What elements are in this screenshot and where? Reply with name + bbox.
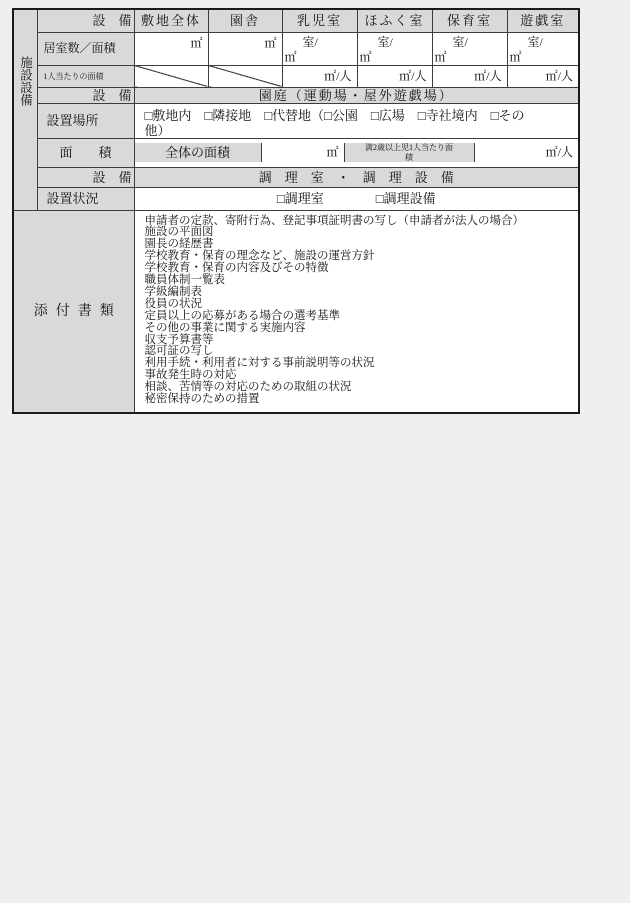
garden-equipment-label: 設 備 xyxy=(37,87,134,103)
per-capita-row: 1人当たりの面積 ㎡/人 ㎡/人 ㎡/人 ㎡/人 xyxy=(13,65,579,87)
header-site-total: 敷地全体 xyxy=(134,9,208,32)
garden-area-cells: 全体の面積 ㎡ 満2歳以上児1人当たり面 積 ㎡/人 xyxy=(134,138,579,167)
per-child-area-field: ㎡/人 xyxy=(475,143,579,162)
kitchen-title: 調 理 室 ・ 調 理 設 備 xyxy=(134,167,579,187)
application-form-sheet: 施設設備 設 備 敷地全体 園舎 乳児室 ほふく室 保育室 遊戯室 居室数／面積… xyxy=(12,8,580,414)
header-crawling-room: ほふく室 xyxy=(357,9,432,32)
facility-equipment-table: 施設設備 設 備 敷地全体 園舎 乳児室 ほふく室 保育室 遊戯室 居室数／面積… xyxy=(12,8,580,414)
kitchen-status-label: 設置状況 xyxy=(37,187,134,210)
header-play-room: 遊戯室 xyxy=(507,9,579,32)
diagonal-blank-building xyxy=(208,65,282,87)
per-capita-row-label: 1人当たりの面積 xyxy=(37,65,134,87)
room-area-row-label: 居室数／面積 xyxy=(37,32,134,65)
kitchen-status-options: □調理室 □調理設備 xyxy=(134,187,579,210)
diagonal-blank-site xyxy=(134,65,208,87)
garden-area-label: 面 積 xyxy=(37,138,134,167)
attachments-list: 申請者の定款、寄附行為、登記事項証明書の写し（申請者が法人の場合） 施設の平面図… xyxy=(134,210,579,413)
play-per-capita-field: ㎡/人 xyxy=(507,65,579,87)
total-area-field: ㎡ xyxy=(262,143,345,162)
garden-title: 園庭（運動場・屋外遊戯場） xyxy=(134,87,579,103)
section-label-text: 施設設備 xyxy=(19,56,32,106)
nursery-per-capita-field: ㎡/人 xyxy=(432,65,507,87)
attachments-label: 添付書類 xyxy=(13,210,134,413)
kitchen-status-row: 設置状況 □調理室 □調理設備 xyxy=(13,187,579,210)
infant-room-field: 室/ ㎡ xyxy=(282,32,357,65)
header-infant-room: 乳児室 xyxy=(282,9,357,32)
header-school-building: 園舎 xyxy=(208,9,282,32)
garden-location-row: 設置場所 □敷地内 □隣接地 □代替地（□公園 □広場 □寺社境内 □その 他） xyxy=(13,103,579,138)
header-nursery-room: 保育室 xyxy=(432,9,507,32)
total-area-label: 全体の面積 xyxy=(135,143,262,162)
kitchen-header-row: 設 備 調 理 室 ・ 調 理 設 備 xyxy=(13,167,579,187)
site-area-field: ㎡ xyxy=(134,32,208,65)
kitchen-equipment-label: 設 備 xyxy=(37,167,134,187)
section-label-facility-equipment: 施設設備 xyxy=(13,9,37,210)
garden-location-label: 設置場所 xyxy=(37,103,134,138)
nursery-room-field: 室/ ㎡ xyxy=(432,32,507,65)
equipment-row-label: 設 備 xyxy=(37,9,134,32)
building-area-field: ㎡ xyxy=(208,32,282,65)
per-child-area-label: 満2歳以上児1人当たり面 積 xyxy=(345,143,475,162)
attachments-row: 添付書類 申請者の定款、寄附行為、登記事項証明書の写し（申請者が法人の場合） 施… xyxy=(13,210,579,413)
room-area-row: 居室数／面積 ㎡ ㎡ 室/ ㎡ 室/ ㎡ 室/ ㎡ 室/ ㎡ xyxy=(13,32,579,65)
equipment-header-row: 施設設備 設 備 敷地全体 園舎 乳児室 ほふく室 保育室 遊戯室 xyxy=(13,9,579,32)
garden-area-row: 面 積 全体の面積 ㎡ 満2歳以上児1人当たり面 積 ㎡/人 xyxy=(13,138,579,167)
infant-per-capita-field: ㎡/人 xyxy=(282,65,357,87)
garden-header-row: 設 備 園庭（運動場・屋外遊戯場） xyxy=(13,87,579,103)
crawling-per-capita-field: ㎡/人 xyxy=(357,65,432,87)
garden-location-options: □敷地内 □隣接地 □代替地（□公園 □広場 □寺社境内 □その 他） xyxy=(134,103,579,138)
play-room-field: 室/ ㎡ xyxy=(507,32,579,65)
crawling-room-field: 室/ ㎡ xyxy=(357,32,432,65)
